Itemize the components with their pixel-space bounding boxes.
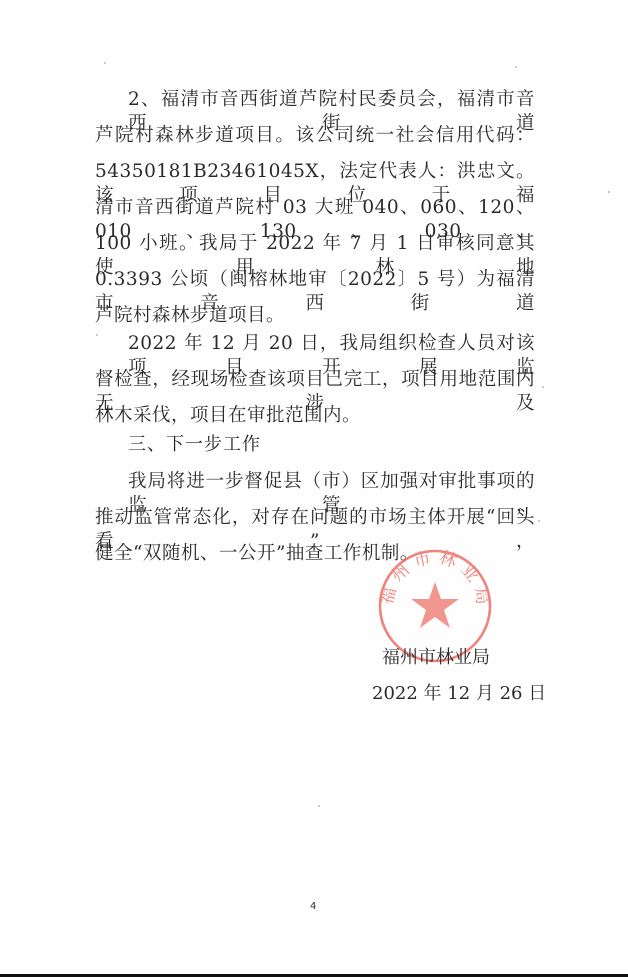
paragraph-1-line-2: 芦院村森林步道项目。该公司统一社会信用代码： [95, 124, 535, 148]
paragraph-1-line-7: 芦院村森林步道项目。 [95, 304, 535, 328]
scan-speck [96, 334, 98, 336]
section-heading: 三、下一步工作 [128, 433, 261, 457]
paragraph-2-line-3: 林木采伐，项目在审批范围内。 [95, 404, 535, 428]
signature-date: 2022 年 12 月 26 日 [372, 682, 546, 706]
scan-speck [318, 805, 320, 807]
document-page: 2、福清市音西街道芦院村民委员会，福清市音西街道 芦院村森林步道项目。该公司统一… [0, 0, 628, 975]
page-number: 4 [310, 901, 316, 912]
scan-speck [104, 62, 106, 64]
scan-speck [515, 66, 517, 68]
scan-speck [608, 191, 610, 193]
signature-organization: 福州市林业局 [382, 646, 490, 670]
scan-speck [542, 386, 544, 388]
scan-speck [538, 520, 540, 522]
star-icon [411, 582, 459, 628]
